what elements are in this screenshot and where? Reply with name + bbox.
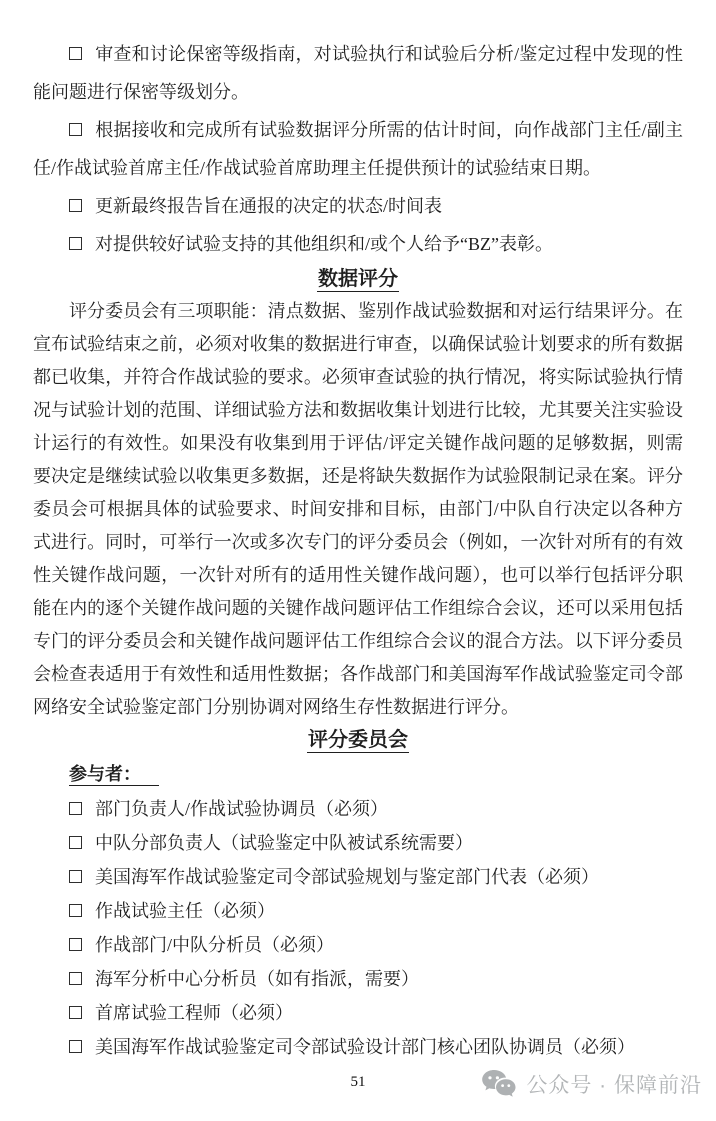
watermark: 公众号 · 保障前沿 bbox=[481, 1069, 702, 1099]
checklist-item-text: 更新最终报告旨在通报的决定的状态/时间表 bbox=[95, 196, 442, 216]
checklist-item-text: 根据接收和完成所有试验数据评分所需的估计时间，向作战部门主任/副主任/作战试验首… bbox=[33, 120, 683, 178]
participant-text: 美国海军作战试验鉴定司令部试验设计部门核心团队协调员（必须） bbox=[95, 1037, 635, 1057]
checkbox-icon bbox=[69, 1006, 82, 1019]
section-heading-scoring-board: 评分委员会 bbox=[33, 724, 683, 756]
participant-item: 首席试验工程师（必须） bbox=[33, 996, 683, 1030]
checkbox-icon bbox=[69, 972, 82, 985]
participants-label-text: 参与者： bbox=[69, 764, 159, 786]
participant-text: 作战试验主任（必须） bbox=[95, 901, 275, 921]
checkbox-icon bbox=[69, 47, 82, 60]
page-content: 审查和讨论保密等级指南，对试验执行和试验后分析/鉴定过程中发现的性能问题进行保密… bbox=[33, 35, 683, 1064]
checklist-item: 审查和讨论保密等级指南，对试验执行和试验后分析/鉴定过程中发现的性能问题进行保密… bbox=[33, 35, 683, 111]
checklist-item: 对提供较好试验支持的其他组织和/或个人给予“BZ”表彰。 bbox=[33, 225, 683, 263]
checkbox-icon bbox=[69, 904, 82, 917]
participant-text: 中队分部负责人（试验鉴定中队被试系统需要） bbox=[95, 833, 473, 853]
participant-item: 作战试验主任（必须） bbox=[33, 894, 683, 928]
checkbox-icon bbox=[69, 237, 82, 250]
participant-item: 美国海军作战试验鉴定司令部试验设计部门核心团队协调员（必须） bbox=[33, 1030, 683, 1064]
participant-text: 美国海军作战试验鉴定司令部试验规划与鉴定部门代表（必须） bbox=[95, 867, 599, 887]
checklist-item-text: 对提供较好试验支持的其他组织和/或个人给予“BZ”表彰。 bbox=[95, 234, 553, 254]
participant-item: 部门负责人/作战试验协调员（必须） bbox=[33, 792, 683, 826]
participant-text: 海军分析中心分析员（如有指派，需要） bbox=[95, 969, 419, 989]
checkbox-icon bbox=[69, 836, 82, 849]
participant-item: 中队分部负责人（试验鉴定中队被试系统需要） bbox=[33, 826, 683, 860]
participants-label: 参与者： bbox=[33, 756, 683, 792]
participant-text: 首席试验工程师（必须） bbox=[95, 1003, 293, 1023]
checklist-item: 根据接收和完成所有试验数据评分所需的估计时间，向作战部门主任/副主任/作战试验首… bbox=[33, 111, 683, 187]
watermark-text: 公众号 · 保障前沿 bbox=[526, 1069, 702, 1099]
participant-item: 海军分析中心分析员（如有指派，需要） bbox=[33, 962, 683, 996]
checkbox-icon bbox=[69, 123, 82, 136]
checkbox-icon bbox=[69, 199, 82, 212]
participant-text: 部门负责人/作战试验协调员（必须） bbox=[95, 799, 388, 819]
section-heading-data-scoring: 数据评分 bbox=[33, 263, 683, 295]
checklist-item-text: 审查和讨论保密等级指南，对试验执行和试验后分析/鉴定过程中发现的性能问题进行保密… bbox=[33, 44, 683, 102]
section-heading-text: 评分委员会 bbox=[307, 729, 409, 753]
checkbox-icon bbox=[69, 802, 82, 815]
wechat-icon bbox=[481, 1069, 517, 1099]
checkbox-icon bbox=[69, 870, 82, 883]
document-page: 审查和讨论保密等级指南，对试验执行和试验后分析/鉴定过程中发现的性能问题进行保密… bbox=[0, 0, 716, 1121]
participant-item: 作战部门/中队分析员（必须） bbox=[33, 928, 683, 962]
participant-text: 作战部门/中队分析员（必须） bbox=[95, 935, 334, 955]
participant-item: 美国海军作战试验鉴定司令部试验规划与鉴定部门代表（必须） bbox=[33, 860, 683, 894]
section-heading-text: 数据评分 bbox=[317, 268, 399, 292]
checklist-item: 更新最终报告旨在通报的决定的状态/时间表 bbox=[33, 187, 683, 225]
checkbox-icon bbox=[69, 938, 82, 951]
checkbox-icon bbox=[69, 1040, 82, 1053]
body-paragraph: 评分委员会有三项职能：清点数据、鉴别作战试验数据和对运行结果评分。在宣布试验结束… bbox=[33, 295, 683, 724]
